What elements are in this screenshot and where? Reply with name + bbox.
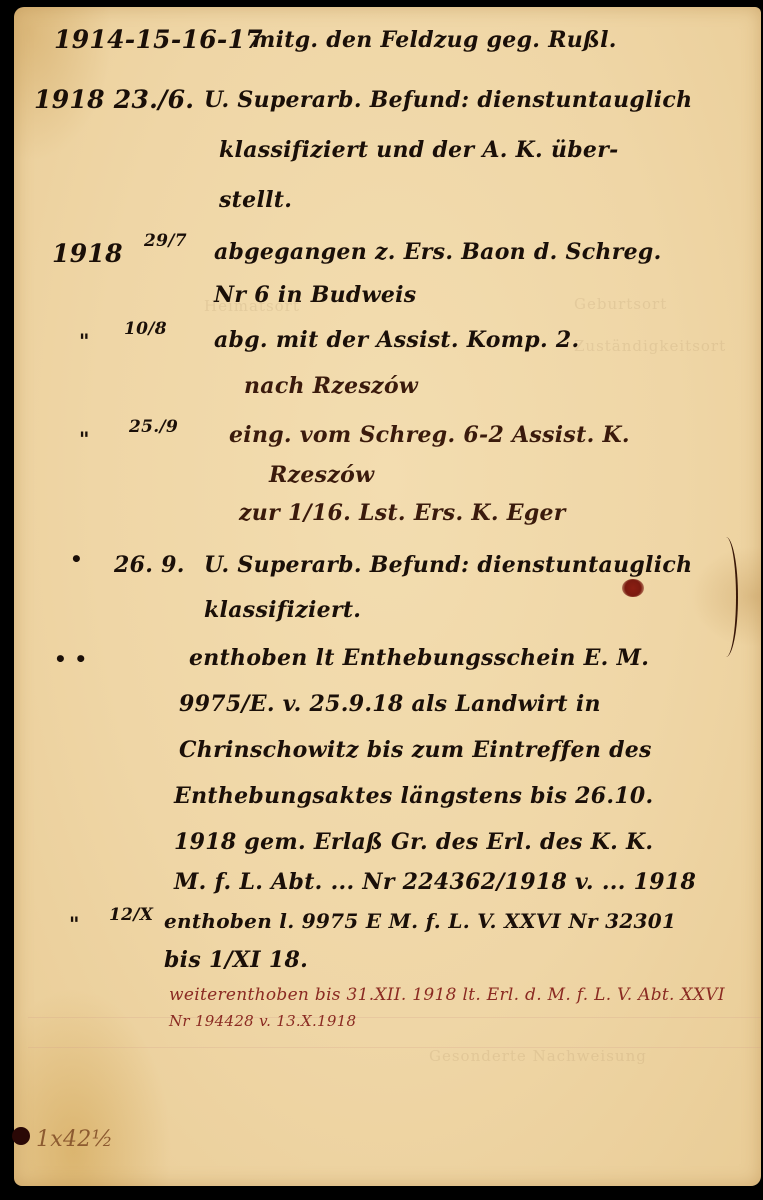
margin-bracket bbox=[714, 537, 738, 657]
entry-text: eing. vom Schreg. 6-2 Assist. K. bbox=[229, 422, 630, 448]
entry-date: 26. 9. bbox=[114, 552, 185, 578]
ink-stain bbox=[622, 579, 644, 597]
corner-note: 1x42½ bbox=[36, 1127, 113, 1152]
entry-text: M. f. L. Abt. ... Nr 224362/1918 v. ... … bbox=[174, 869, 696, 895]
entry-text: Enthebungsaktes längstens bis 26.10. bbox=[174, 783, 653, 809]
entry-text: U. Superarb. Befund: dienstuntauglich bbox=[204, 552, 692, 578]
entry-text: bis 1/XI 18. bbox=[164, 947, 308, 973]
entry-text: enthoben l. 9975 E M. f. L. V. XXVI Nr 3… bbox=[164, 909, 676, 933]
entry-date: 25./9 bbox=[129, 417, 178, 437]
bleed-through-text: Gesonderte Nachweisung bbox=[429, 1047, 647, 1065]
bullet-mark: • • bbox=[54, 647, 87, 671]
bleed-through-text: Zuständigkeitsort bbox=[574, 337, 726, 355]
entry-date: 12/X bbox=[109, 905, 153, 925]
ditto-mark: " bbox=[69, 912, 80, 936]
record-card: Geburtsort Heimatsort Zuständigkeitsort … bbox=[14, 7, 761, 1186]
entry-date: 10/8 bbox=[124, 319, 167, 339]
red-ink-note: Nr 194428 v. 13.X.1918 bbox=[169, 1012, 356, 1030]
entry-date: 29/7 bbox=[144, 231, 187, 251]
entry-date: 1918 23./6. bbox=[34, 85, 194, 114]
entry-text: abgegangen z. Ers. Baon d. Schreg. bbox=[214, 239, 662, 265]
entry-text: Rzeszów bbox=[269, 462, 374, 488]
ditto-mark: " bbox=[79, 329, 90, 353]
entry-text: 1918 gem. Erlaß Gr. des Erl. des K. K. bbox=[174, 829, 653, 855]
ruled-line bbox=[28, 1017, 761, 1018]
entry-text: Chrinschowitz bis zum Eintreffen des bbox=[179, 737, 652, 763]
entry-text: klassifiziert. bbox=[204, 597, 361, 623]
entry-text: 9975/E. v. 25.9.18 als Landwirt in bbox=[179, 691, 601, 717]
ruled-line bbox=[28, 1047, 761, 1048]
entry-text: mitg. den Feldzug geg. Rußl. bbox=[252, 27, 617, 53]
red-ink-note: weiterenthoben bis 31.XII. 1918 lt. Erl.… bbox=[169, 985, 725, 1005]
bullet-mark: • bbox=[70, 547, 83, 571]
entry-year: 1918 bbox=[52, 239, 123, 268]
entry-text: stellt. bbox=[219, 187, 292, 213]
entry-text: klassifiziert und der A. K. über- bbox=[219, 137, 619, 163]
entry-text: nach Rzeszów bbox=[244, 373, 418, 399]
ink-blot bbox=[12, 1127, 30, 1145]
ditto-mark: " bbox=[79, 427, 90, 451]
entry-text: Nr 6 in Budweis bbox=[214, 282, 417, 308]
entry-text: abg. mit der Assist. Komp. 2. bbox=[214, 327, 579, 353]
entry-date: 1914-15-16-17 bbox=[54, 25, 263, 54]
entry-text: zur 1/16. Lst. Ers. K. Eger bbox=[239, 500, 566, 526]
bleed-through-text: Geburtsort bbox=[574, 295, 667, 313]
entry-text: enthoben lt Enthebungsschein E. M. bbox=[189, 645, 649, 671]
entry-text: U. Superarb. Befund: dienstuntauglich bbox=[204, 87, 692, 113]
